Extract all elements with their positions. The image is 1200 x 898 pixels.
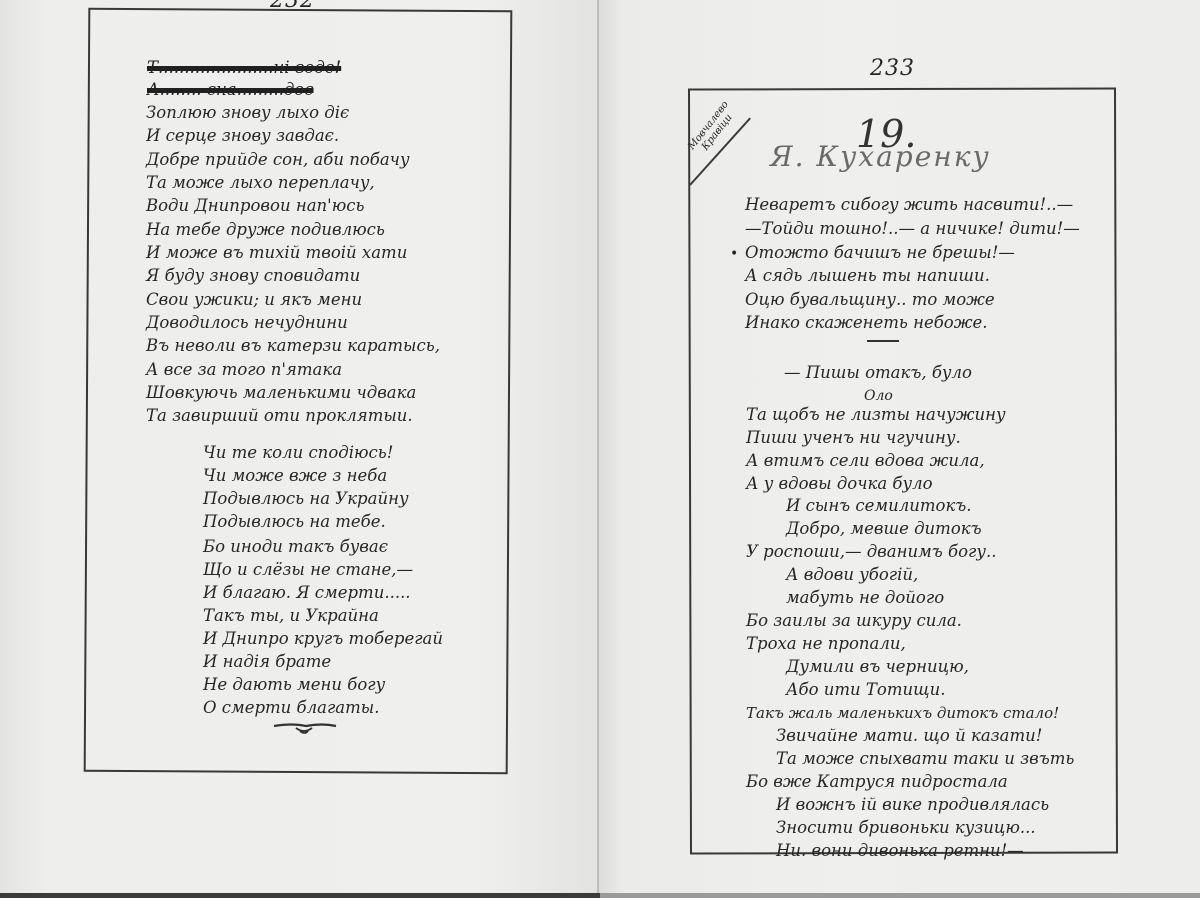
verse-line: Неваретъ сибогу жить насвити!..— [745, 195, 1073, 215]
verse-line: О смерти благаты. [203, 698, 379, 718]
verse-line: Та щобъ не лизты начужину [746, 405, 1006, 425]
verse-line: Води Днипровои нап'юсь [146, 196, 364, 216]
verse-line: Бо заилы за шкуру сила. [746, 611, 962, 631]
verse-line: А втимъ сели вдова жила, [746, 451, 985, 471]
verse-line: Чи може вже з неба [203, 466, 387, 486]
verse-line: Пиши ученъ ни чгучину. [746, 428, 961, 448]
verse-line: И надія брате [203, 652, 331, 672]
verse-line: А вдови убогій, [786, 565, 918, 585]
verse-line: И серце знову завдає. [146, 126, 339, 146]
verse-line: Та може лыхо переплачу, [146, 173, 375, 193]
verse-line: А все за того п'ятака [146, 360, 342, 380]
section-divider [867, 340, 899, 342]
verse-line: Инако скаженеть небоже. [745, 313, 988, 333]
struck-line: Т......................ні воде! [147, 58, 341, 78]
verse-line: А у вдовы дочка було [746, 474, 933, 494]
verse-line: Такъ жаль маленькихъ дитокъ стало! [746, 703, 1059, 723]
verse-line: Та може спыхвати таки и звъть [776, 749, 1074, 769]
verse-line: Звичайне мати. що й казати! [776, 726, 1042, 746]
verse-line: А сядь лышень ты напиши. [745, 266, 990, 286]
verse-line: Що и слёзы не стане,— [203, 560, 413, 580]
bullet-mark: • [730, 246, 738, 262]
end-flourish-icon [272, 722, 338, 736]
verse-line: Або ити Тотищи. [786, 680, 946, 700]
verse-line: Я буду знову сповидати [146, 266, 360, 286]
poem-title: Я. Кухаренку [770, 140, 991, 173]
verse-line: И благаю. Я смерти..... [203, 583, 411, 603]
verse-line: Добре прийде сон, аби побачу [146, 150, 410, 170]
right-page-number: 233 [870, 56, 915, 81]
verse-line: Такъ ты, и Украйна [203, 606, 379, 626]
verse-line: Отожто бачишъ не брешы!— [745, 243, 1015, 263]
verse-line: И Днипро кругъ тоберегай [203, 629, 443, 649]
verse-line: Зоплюю знову лыхо діє [146, 103, 349, 123]
verse-line: Оцю бувальщину.. то може [745, 290, 995, 310]
verse-line: Ни. вони дивонька ретни!— [776, 841, 1024, 861]
verse-line: Не дають мени богу [203, 675, 385, 695]
verse-line: Та завирший оти проклятыи. [146, 406, 413, 426]
struck-line: А........ сна.........дос [147, 80, 313, 100]
verse-line: Подывлюсь на тебе. [203, 512, 386, 532]
verse-line: Зносити бривоньки кузицю... [776, 818, 1036, 838]
inserted-word: Оло [864, 386, 893, 406]
verse-line: Добро, мевше дитокъ [786, 519, 982, 539]
verse-line: И може въ тихій твоій хати [146, 243, 407, 263]
scan-bottom-edge [0, 893, 1200, 898]
verse-line: Доводилось нечуднини [146, 313, 348, 333]
verse-line: —Тойди тошно!..— а ничике! дити!— [745, 219, 1080, 239]
verse-line: У роспоши,— дванимъ богу.. [746, 542, 996, 562]
verse-line: Думили въ черницю, [786, 657, 969, 677]
verse-line: Свои ужики; и якъ мени [146, 290, 362, 310]
book-spread: 232 Т......................ні воде! А...… [0, 0, 1200, 898]
stanza-lead-line: — Пишы отакъ, було [784, 363, 972, 383]
verse-line: Подывлюсь на Украйну [203, 489, 409, 509]
verse-line: мабуть не дойого [786, 588, 944, 608]
verse-line: Шовкуючь маленькими чдвака [146, 383, 416, 403]
verse-line: Бо иноди такъ буває [203, 537, 388, 557]
verse-line: Въ неволи въ катерзи каратысь, [146, 336, 440, 356]
verse-line: Бо вже Катруся пидростала [746, 772, 1008, 792]
verse-line: На тебе друже подивлюсь [146, 220, 385, 240]
book-gutter [597, 0, 599, 893]
verse-line: И вожнъ ій вике продивлялась [776, 795, 1049, 815]
verse-line: И сынъ семилитокъ. [786, 496, 972, 516]
verse-line: Троха не пропали, [746, 634, 906, 654]
verse-line: Чи те коли сподіюсь! [203, 443, 393, 463]
